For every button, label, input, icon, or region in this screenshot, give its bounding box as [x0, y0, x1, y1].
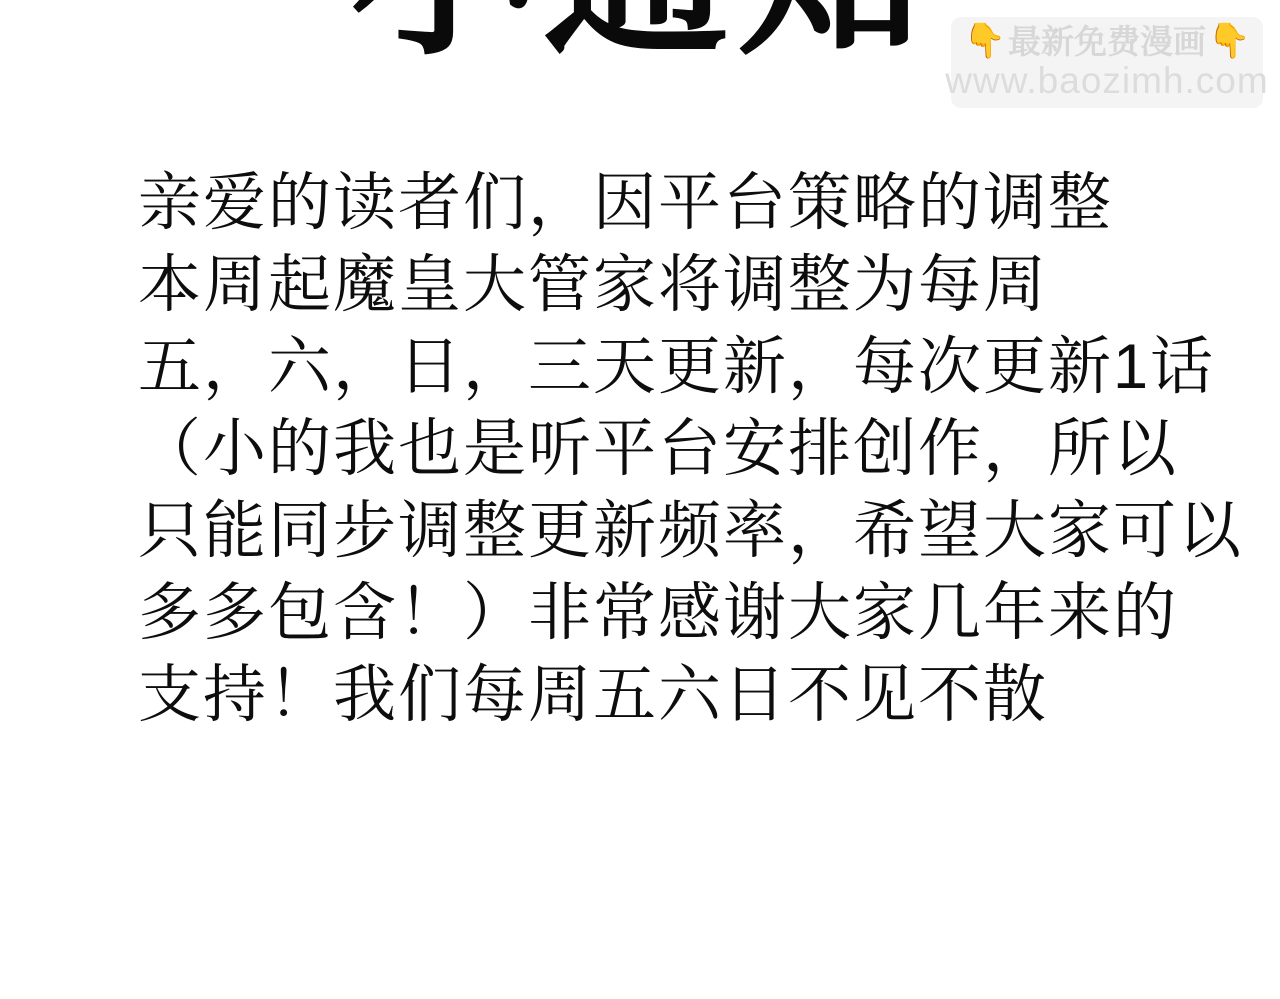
notice-line: （小的我也是听平台安排创作，所以	[138, 408, 1220, 490]
notice-line: 只能同步调整更新频率，希望大家可以	[138, 490, 1220, 572]
notice-page: 小通知 👇 最新免费漫画 👇 www.baozimh.com 亲爱的读者们，因平…	[0, 0, 1280, 999]
watermark-url: www.baozimh.com	[945, 61, 1268, 102]
watermark-tagline: 👇 最新免费漫画 👇	[964, 23, 1251, 60]
notice-line: 支持！我们每周五六日不见不散	[138, 654, 1220, 736]
watermark-tagline-text: 最新免费漫画	[1008, 24, 1206, 60]
notice-line: 多多包含！）非常感谢大家几年来的	[138, 572, 1220, 654]
notice-line: 亲爱的读者们，因平台策略的调整	[138, 162, 1220, 244]
site-watermark: 👇 最新免费漫画 👇 www.baozimh.com	[951, 17, 1263, 108]
point-down-right-icon: 👇	[1208, 23, 1250, 60]
point-down-left-icon: 👇	[964, 23, 1006, 60]
page-title: 小通知	[351, 0, 930, 67]
notice-line: 本周起魔皇大管家将调整为每周	[138, 244, 1220, 326]
notice-line: 五，六，日，三天更新，每次更新1话	[138, 326, 1220, 408]
notice-body: 亲爱的读者们，因平台策略的调整 本周起魔皇大管家将调整为每周 五，六，日，三天更…	[138, 162, 1220, 736]
